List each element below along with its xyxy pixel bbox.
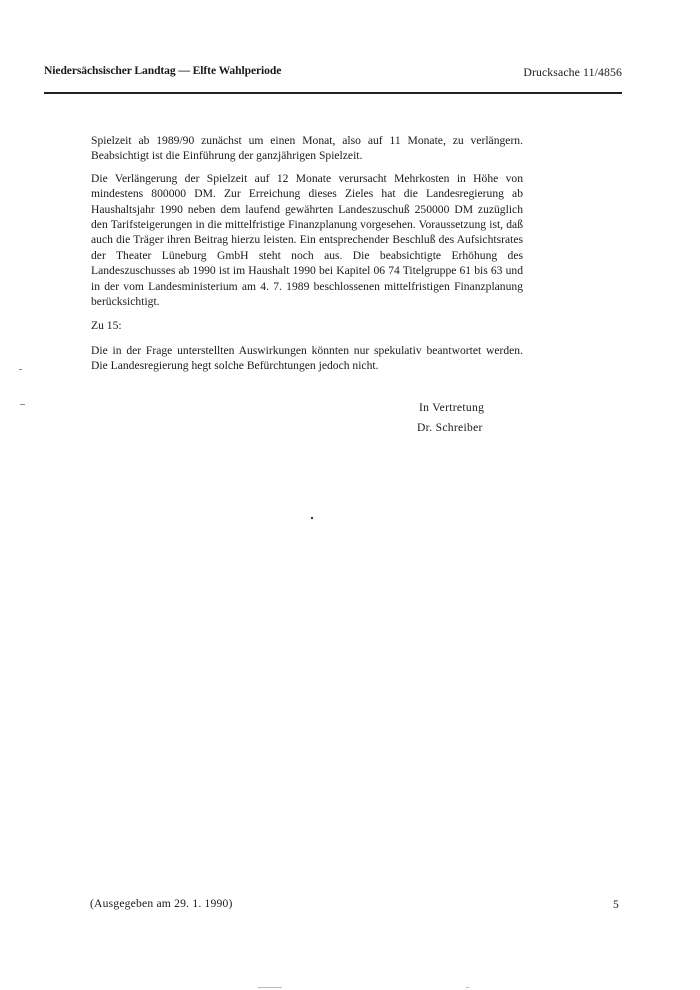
document-number: Drucksache 11/4856 (523, 65, 622, 80)
signature-name: Dr. Schreiber (417, 418, 484, 438)
scan-artifact (258, 987, 282, 988)
signature-role: In Vertretung (417, 398, 484, 418)
scan-artifact (311, 517, 313, 519)
paragraph: Die Verlängerung der Spielzeit auf 12 Mo… (91, 171, 523, 310)
paragraph: Spielzeit ab 1989/90 zunächst um einen M… (91, 133, 523, 164)
scan-artifact (20, 404, 25, 405)
header-divider (44, 92, 622, 94)
page-header: Niedersächsischer Landtag — Elfte Wahlpe… (44, 64, 622, 84)
signature-block: In Vertretung Dr. Schreiber (417, 398, 484, 438)
answer-paragraph: Die in der Frage unterstellten Auswirkun… (91, 343, 523, 374)
document-body: Spielzeit ab 1989/90 zunächst um einen M… (91, 133, 523, 381)
page-number: 5 (613, 898, 619, 911)
scan-artifact (466, 987, 469, 988)
issue-date: (Ausgegeben am 29. 1. 1990) (90, 897, 233, 910)
question-subheading: Zu 15: (91, 318, 523, 333)
parliament-title: Niedersächsischer Landtag — Elfte Wahlpe… (44, 64, 281, 77)
scan-artifact (19, 369, 22, 370)
